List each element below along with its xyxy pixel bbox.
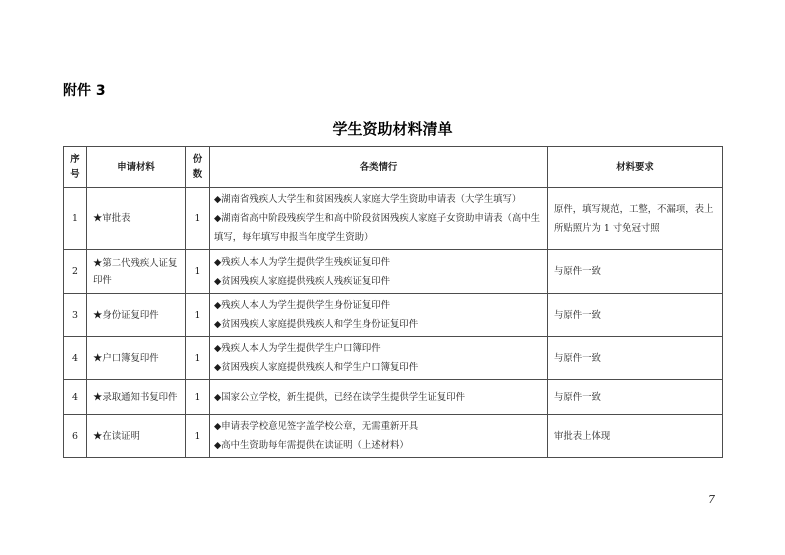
cell-requirement: 与原件一致 bbox=[548, 250, 723, 294]
situation-line: ◆残疾人本人为学生提供学生户口簿印件 bbox=[214, 339, 543, 358]
situation-line: ◆申请表学校意见签字盖学校公章，无需重新开具 bbox=[214, 417, 543, 436]
cell-no: 4 bbox=[64, 337, 87, 380]
cell-requirement: 与原件一致 bbox=[548, 337, 723, 380]
cell-situations: ◆申请表学校意见签字盖学校公章，无需重新开具 ◆高中生资助每年需提供在读证明（上… bbox=[210, 415, 548, 458]
cell-requirement: 审批表上体现 bbox=[548, 415, 723, 458]
document-page: 附件 3 学生资助材料清单 序号 申请材料 份数 各类情行 材料要求 1 ★审批… bbox=[0, 0, 785, 555]
cell-no: 1 bbox=[64, 188, 87, 250]
materials-table: 序号 申请材料 份数 各类情行 材料要求 1 ★审批表 1 ◆湖南省残疾人大学生… bbox=[63, 146, 723, 458]
header-cell-no: 序号 bbox=[64, 147, 87, 188]
header-cell-requirement: 材料要求 bbox=[548, 147, 723, 188]
situation-line: ◆贫困残疾人家庭提供残疾人和学生身份证复印件 bbox=[214, 315, 543, 334]
cell-requirement: 原件，填写规范，工整，不漏项，表上所贴照片为 1 寸免冠寸照 bbox=[548, 188, 723, 250]
cell-copies: 1 bbox=[186, 415, 210, 458]
cell-copies: 1 bbox=[186, 250, 210, 294]
header-cell-copies: 份数 bbox=[186, 147, 210, 188]
situation-line: ◆湖南省残疾人大学生和贫困残疾人家庭大学生资助申请表（大学生填写） bbox=[214, 190, 543, 209]
page-number: 7 bbox=[708, 493, 715, 506]
page-title: 学生资助材料清单 bbox=[0, 118, 785, 139]
cell-copies: 1 bbox=[186, 337, 210, 380]
situation-line: ◆贫困残疾人家庭提供残疾人残疾证复印件 bbox=[214, 272, 543, 291]
situation-line: ◆高中生资助每年需提供在读证明（上述材料） bbox=[214, 436, 543, 455]
cell-material: ★录取通知书复印件 bbox=[87, 380, 186, 415]
cell-material: ★第二代残疾人证复印件 bbox=[87, 250, 186, 294]
cell-copies: 1 bbox=[186, 188, 210, 250]
cell-no: 3 bbox=[64, 294, 87, 337]
situation-line: ◆贫困残疾人家庭提供残疾人和学生户口簿复印件 bbox=[214, 358, 543, 377]
cell-no: 4 bbox=[64, 380, 87, 415]
cell-copies: 1 bbox=[186, 294, 210, 337]
cell-situations: ◆残疾人本人为学生提供学生残疾证复印件 ◆贫困残疾人家庭提供残疾人残疾证复印件 bbox=[210, 250, 548, 294]
attachment-label: 附件 3 bbox=[63, 80, 106, 100]
situation-line: ◆残疾人本人为学生提供学生身份证复印件 bbox=[214, 296, 543, 315]
cell-no: 6 bbox=[64, 415, 87, 458]
cell-no: 2 bbox=[64, 250, 87, 294]
cell-material: ★户口簿复印件 bbox=[87, 337, 186, 380]
cell-material: ★在读证明 bbox=[87, 415, 186, 458]
situation-line: ◆残疾人本人为学生提供学生残疾证复印件 bbox=[214, 253, 543, 272]
situation-line: ◆湖南省高中阶段残疾学生和高中阶段贫困残疾人家庭子女资助申请表（高中生填写，每年… bbox=[214, 209, 543, 247]
cell-copies: 1 bbox=[186, 380, 210, 415]
situation-line: ◆国家公立学校，新生提供，已经在读学生提供学生证复印件 bbox=[214, 388, 543, 407]
header-cell-situations: 各类情行 bbox=[210, 147, 548, 188]
cell-situations: ◆残疾人本人为学生提供学生身份证复印件 ◆贫困残疾人家庭提供残疾人和学生身份证复… bbox=[210, 294, 548, 337]
cell-requirement: 与原件一致 bbox=[548, 294, 723, 337]
header-cell-material: 申请材料 bbox=[87, 147, 186, 188]
cell-material: ★审批表 bbox=[87, 188, 186, 250]
cell-requirement: 与原件一致 bbox=[548, 380, 723, 415]
cell-situations: ◆残疾人本人为学生提供学生户口簿印件 ◆贫困残疾人家庭提供残疾人和学生户口簿复印… bbox=[210, 337, 548, 380]
cell-situations: ◆湖南省残疾人大学生和贫困残疾人家庭大学生资助申请表（大学生填写） ◆湖南省高中… bbox=[210, 188, 548, 250]
cell-material: ★身份证复印件 bbox=[87, 294, 186, 337]
cell-situations: ◆国家公立学校，新生提供，已经在读学生提供学生证复印件 bbox=[210, 380, 548, 415]
